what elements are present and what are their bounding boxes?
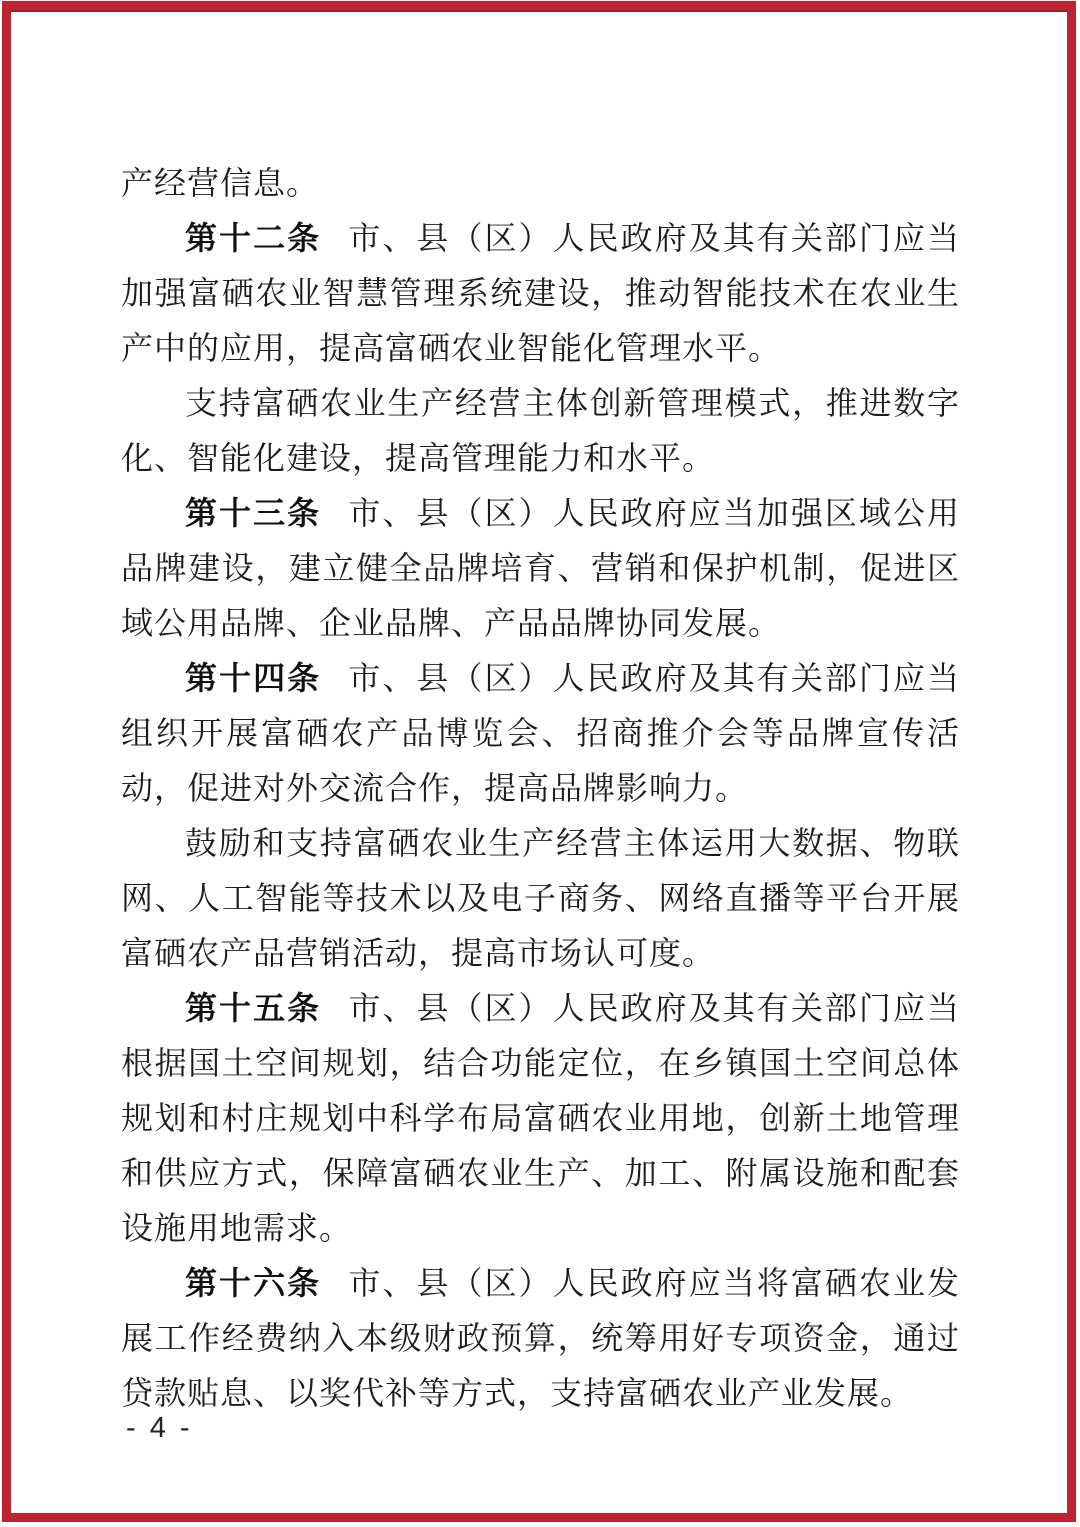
article-term: 第十二条 [185, 220, 321, 256]
article-term: 第十四条 [185, 660, 321, 696]
paragraph-encourage-clause: 鼓励和支持富硒农业生产经营主体运用大数据、物联网、人工智能等技术以及电子商务、网… [121, 816, 960, 981]
article-term: 第十五条 [185, 990, 321, 1026]
article-term: 第十三条 [185, 495, 321, 531]
article-term: 第十六条 [185, 1265, 321, 1301]
paragraph-article-15: 第十五条市、县（区）人民政府及其有关部门应当根据国土空间规划，结合功能定位，在乡… [121, 981, 960, 1256]
page-number: - 4 - [126, 1412, 193, 1445]
paragraph-text: 产经营信息。 [121, 165, 319, 201]
paragraph-text: 鼓励和支持富硒农业生产经营主体运用大数据、物联网、人工智能等技术以及电子商务、网… [121, 825, 960, 971]
paragraph-support-clause: 支持富硒农业生产经营主体创新管理模式，推进数字化、智能化建设，提高管理能力和水平… [121, 376, 960, 486]
paragraph-text: 市、县（区）人民政府及其有关部门应当根据国土空间规划，结合功能定位，在乡镇国土空… [121, 990, 960, 1246]
paragraph-continuation: 产经营信息。 [121, 156, 960, 211]
paragraph-text: 支持富硒农业生产经营主体创新管理模式，推进数字化、智能化建设，提高管理能力和水平… [121, 385, 960, 476]
frame-top-shade [11, 10, 1067, 12]
paragraph-article-14: 第十四条市、县（区）人民政府及其有关部门应当组织开展富硒农产品博览会、招商推介会… [121, 651, 960, 816]
document-body: 产经营信息。 第十二条市、县（区）人民政府及其有关部门应当加强富硒农业智慧管理系… [121, 156, 960, 1421]
paragraph-article-12: 第十二条市、县（区）人民政府及其有关部门应当加强富硒农业智慧管理系统建设，推动智… [121, 211, 960, 376]
paragraph-article-16: 第十六条市、县（区）人民政府应当将富硒农业发展工作经费纳入本级财政预算，统筹用好… [121, 1256, 960, 1421]
paragraph-article-13: 第十三条市、县（区）人民政府应当加强区域公用品牌建设，建立健全品牌培育、营销和保… [121, 486, 960, 651]
